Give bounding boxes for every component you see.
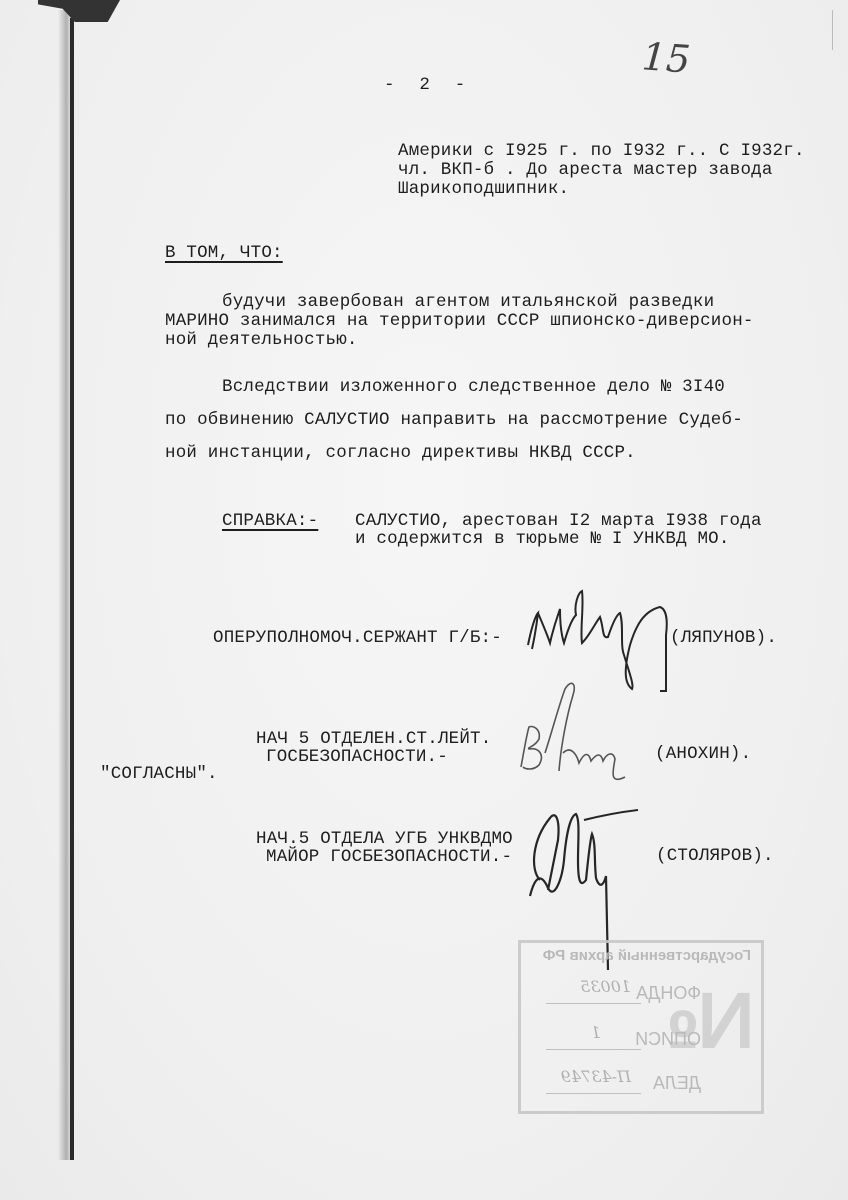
stamp-field-line: [546, 1093, 641, 1094]
archive-stamp: Государственный архив РФ № ФОНДА 10035 О…: [518, 940, 764, 1114]
page-edge: [832, 10, 833, 50]
continuation-line: чл. ВКП-б . До ареста мастер завода: [398, 161, 773, 179]
continuation-line: Америки с I925 г. по I932 г.. С I932г.: [398, 142, 805, 160]
stamp-field-line: [546, 1003, 641, 1004]
decision-line: ной инстанции, согласно директивы НКВД С…: [165, 444, 636, 462]
signatory-title: ОПЕРУПОЛНОМОЧ.СЕРЖАНТ Г/Б:-: [213, 629, 502, 647]
signatory-name: (АНОХИН).: [655, 745, 751, 763]
stamp-opis-label: ОПИСИ: [635, 1029, 701, 1050]
charge-line: будучи завербован агентом итальянской ра…: [222, 293, 714, 311]
decision-line: Вследствии изложенного следственное дело…: [222, 378, 725, 396]
charge-heading: В ТОМ, ЧТО:: [165, 244, 283, 262]
reference-label: СПРАВКА:-: [222, 512, 318, 530]
page-number: - 2 -: [384, 76, 466, 94]
signatory-title: НАЧ 5 ОТДЕЛЕН.СТ.ЛЕЙТ.: [256, 730, 491, 748]
stamp-title: Государственный архив РФ: [543, 947, 751, 964]
signatory-title: ГОСБЕЗОПАСНОСТИ.-: [266, 748, 448, 766]
decision-line: по обвинению САЛУСТИО направить на рассм…: [165, 411, 743, 429]
charge-line: ной деятельностью.: [165, 331, 358, 349]
signatory-name: (ЛЯПУНОВ).: [670, 629, 777, 647]
continuation-line: Шарикоподшипник.: [398, 180, 569, 198]
stamp-field-line: [546, 1049, 641, 1050]
stamp-opis-value: 1: [591, 1023, 601, 1042]
sheet-number: 15: [641, 34, 692, 81]
signatory-title: МАЙОР ГОСБЕЗОПАСНОСТИ.-: [266, 848, 512, 866]
reference-line: САЛУСТИО, арестован I2 марта I938 года: [355, 512, 762, 530]
approval-note: "СОГЛАСНЫ".: [100, 765, 218, 783]
charge-line: МАРИНО занимался на территории СССР шпио…: [165, 312, 754, 330]
binding-edge: [70, 18, 74, 1160]
stamp-delo-value: П-43749: [561, 1067, 631, 1086]
binding-clip: [38, 0, 120, 22]
stamp-delo-label: ДЕЛА: [653, 1073, 701, 1094]
signatory-title: НАЧ.5 ОТДЕЛА УГБ УНКВДМО: [256, 830, 513, 848]
stamp-fond-label: ФОНДА: [636, 983, 701, 1004]
document-page: 15 - 2 - Америки с I925 г. по I932 г.. С…: [0, 0, 848, 1200]
signature-anokhin: [515, 675, 655, 795]
signatory-name: (СТОЛЯРОВ).: [656, 847, 774, 865]
stamp-fond-value: 10035: [580, 977, 631, 996]
reference-line: и содержится в тюрьме № I УНКВД МО.: [355, 530, 730, 548]
